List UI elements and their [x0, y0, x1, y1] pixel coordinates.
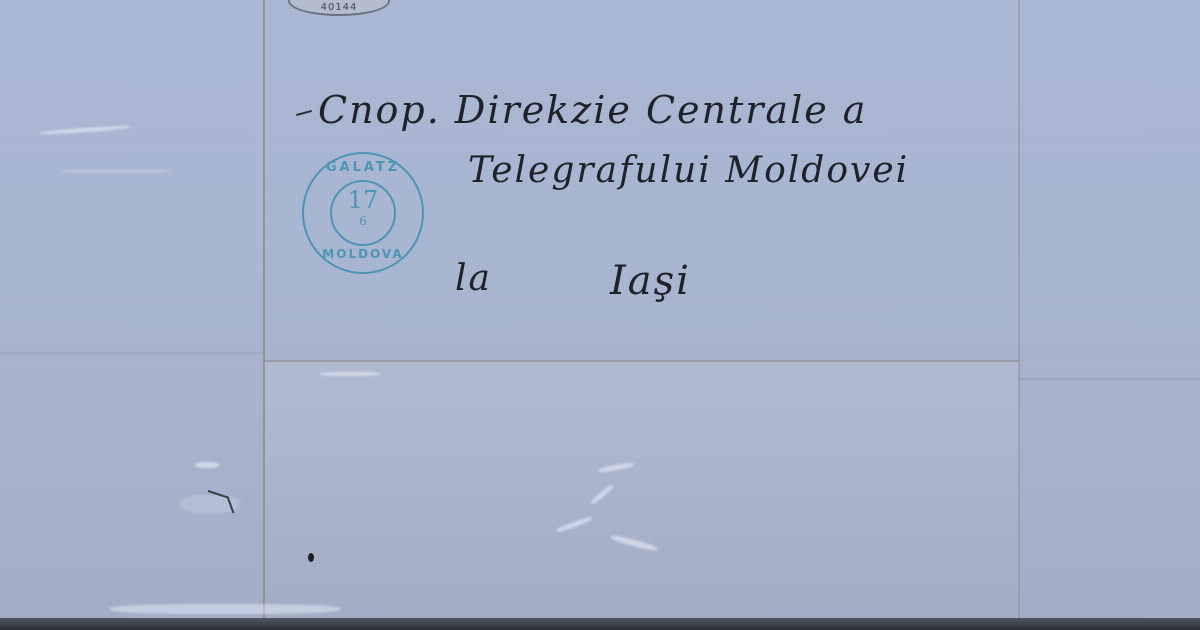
postmark-town: GALATZ — [304, 160, 422, 175]
scanner-edge — [0, 618, 1200, 630]
galatz-postmark: GALATZ 17 6 MOLDOVA — [302, 152, 424, 274]
letter-sheet: 40144 GALATZ 17 6 MOLDOVA Cnop. Direkzie… — [0, 0, 1200, 618]
partial-stamp: 40144 — [288, 0, 390, 16]
glare-crease — [60, 170, 170, 173]
glare-crease — [320, 372, 380, 376]
address-line-2: Telegrafului Moldovei — [468, 150, 909, 191]
postmark-month: 6 — [338, 214, 388, 228]
pen-dash — [296, 110, 312, 116]
address-line-1: Cnop. Direkzie Centrale a — [318, 88, 867, 132]
middle-fold-line — [264, 360, 1019, 362]
bottom-glare — [110, 604, 340, 614]
left-fold-line — [263, 0, 265, 618]
postmark-region: MOLDOVA — [304, 247, 422, 261]
glare-crease — [195, 462, 219, 468]
right-fold-line — [1018, 0, 1020, 618]
right-horizontal-crease — [1019, 378, 1200, 380]
address-line-3-city: Iaşi — [610, 258, 691, 304]
glare-crease — [40, 125, 130, 135]
ink-spot — [308, 553, 314, 562]
left-horizontal-crease — [0, 352, 263, 354]
lower-fold-panel — [264, 362, 1019, 618]
postmark-day: 17 — [338, 188, 388, 212]
stamp-number: 40144 — [321, 2, 358, 13]
address-line-3-prefix: la — [455, 258, 492, 299]
